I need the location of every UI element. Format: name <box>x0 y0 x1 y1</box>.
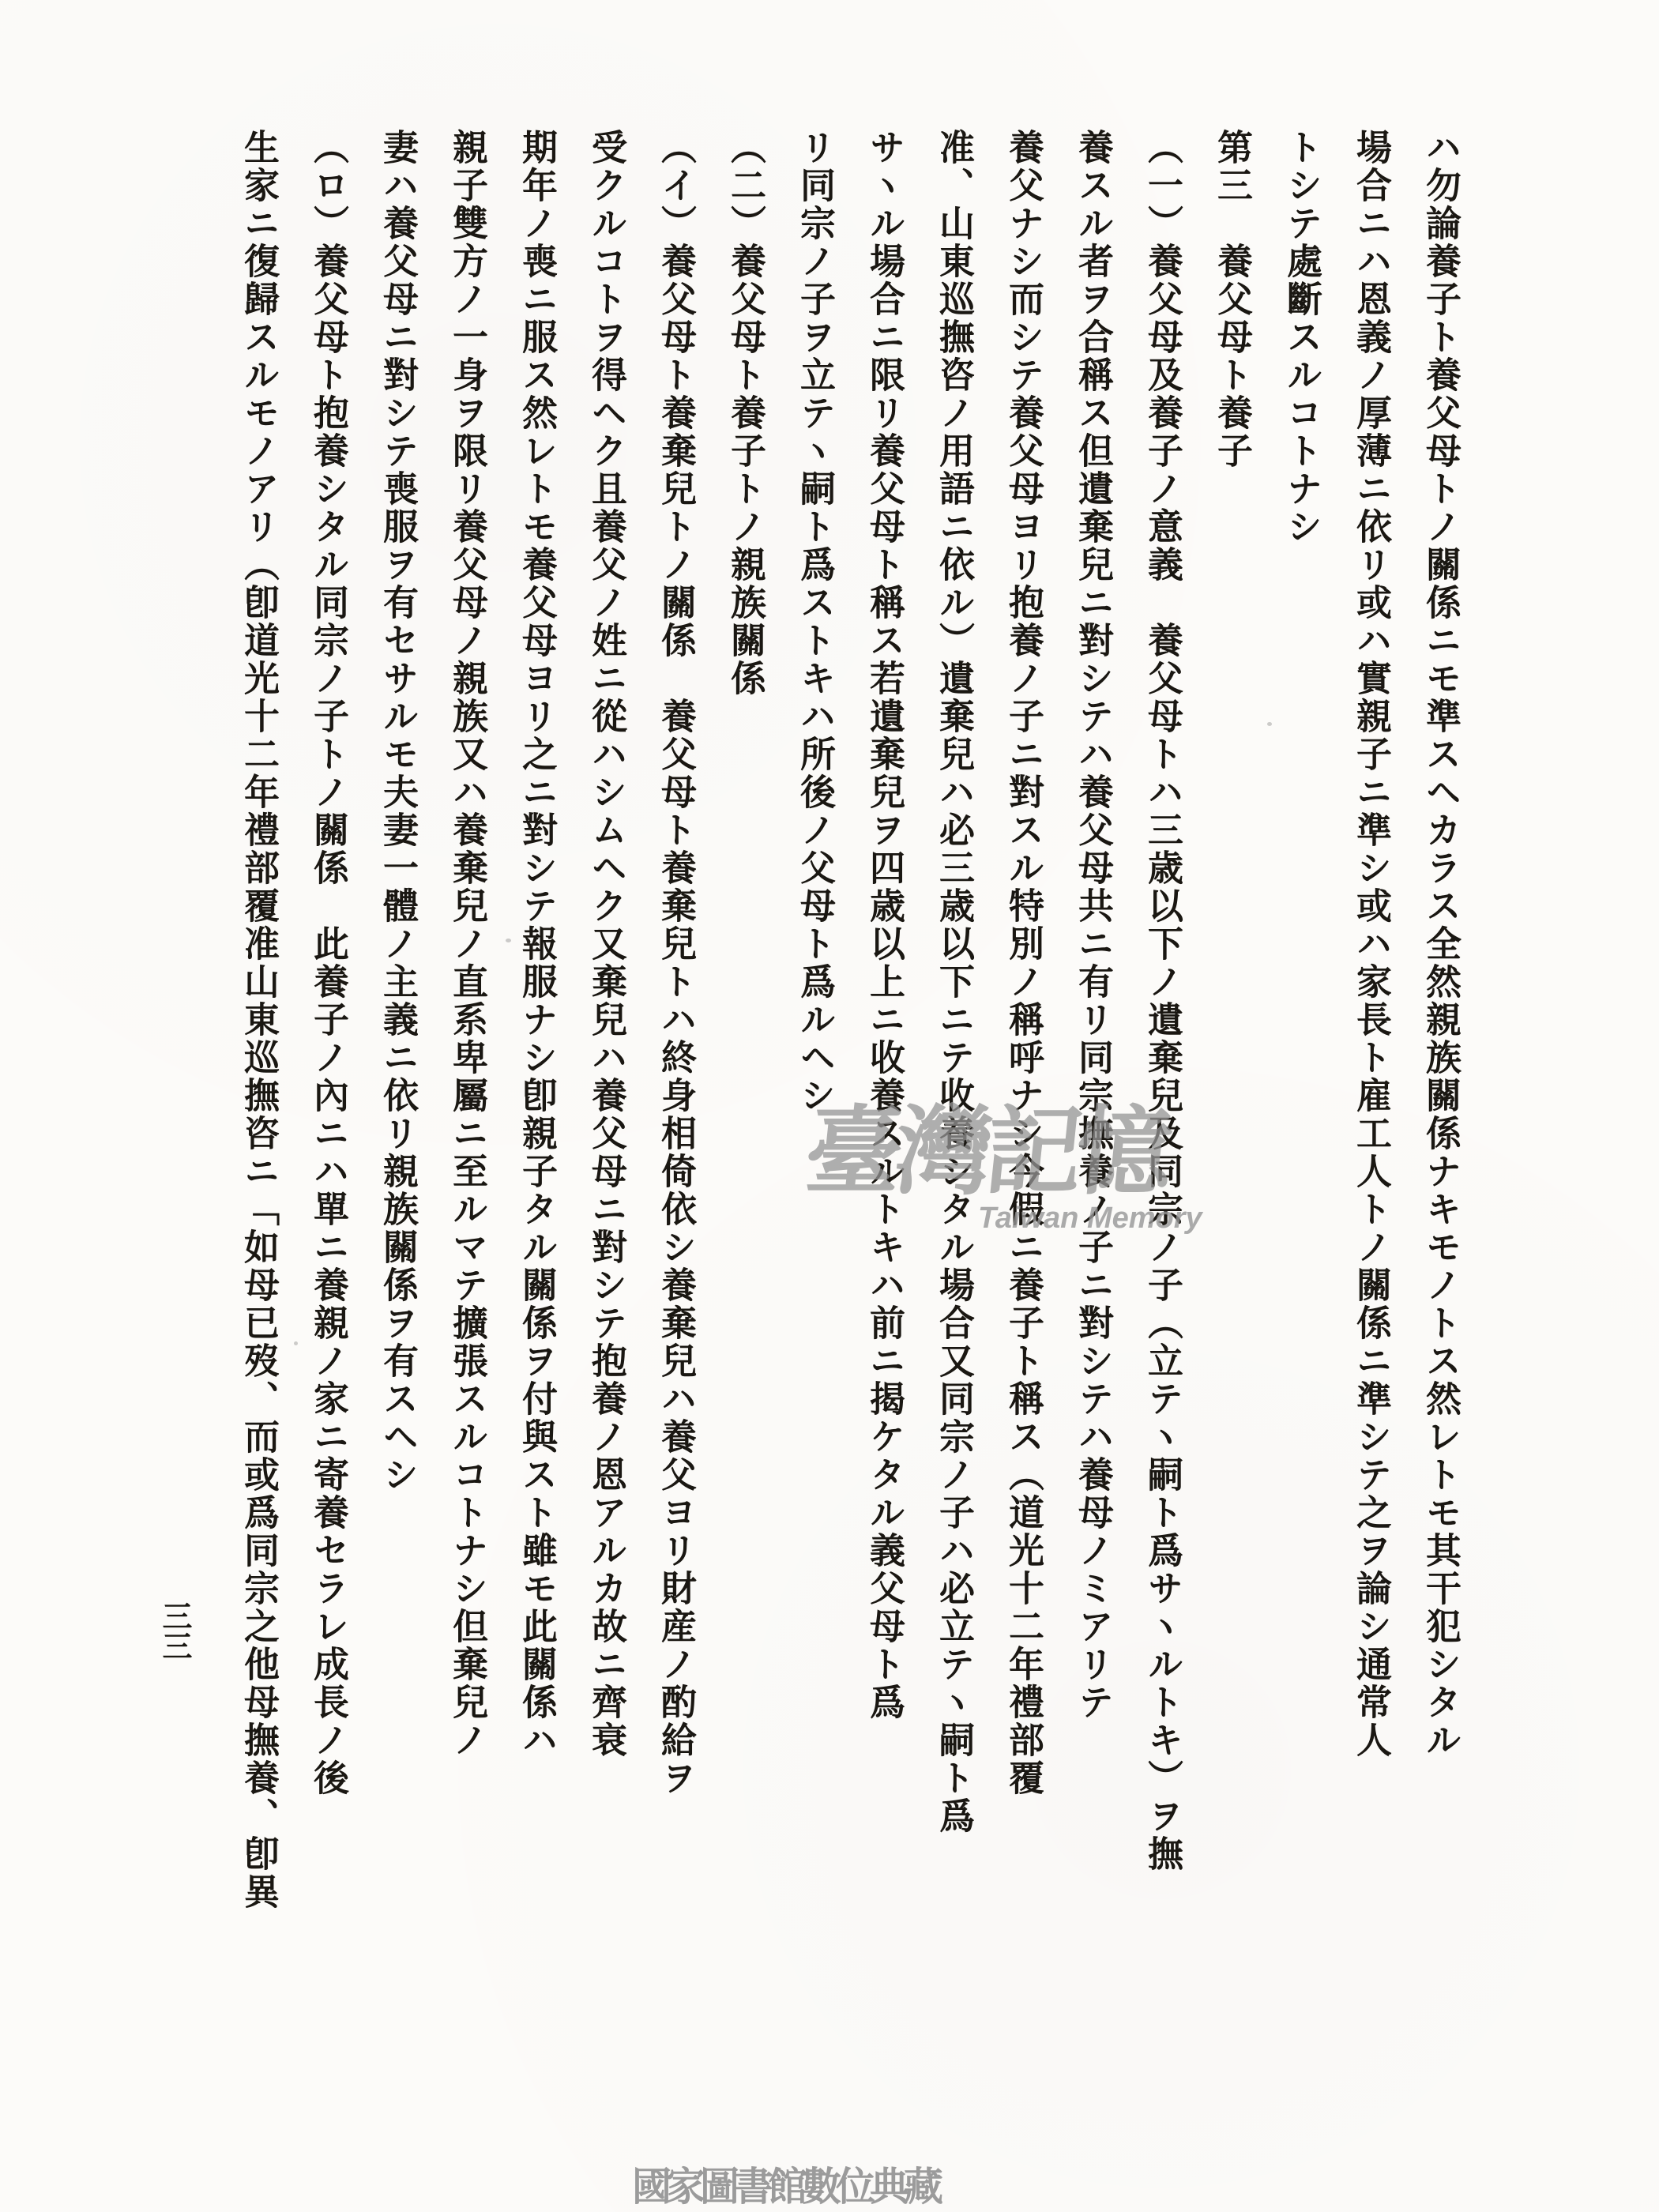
vertical-text-block: ハ勿論養子ト養父母トノ關係ニモ準スヘカラス全然親族關係ナキモノトス然レトモ其干犯… <box>224 129 1475 1906</box>
text-column: 生家ニ復歸スルモノアリ（卽道光十二年禮部覆准山東巡撫咨ニ「如母已歿、而或爲同宗之… <box>224 129 293 1906</box>
text-column: トシテ處斷スルコトナシ <box>1266 129 1336 1906</box>
footer-caption: 國家圖書館數位典藏 <box>632 2155 938 2212</box>
section-heading: 第三 養父母ト養子 <box>1197 129 1266 1906</box>
text-column: 場合ニハ恩義ノ厚薄ニ依リ或ハ實親子ニ準シ或ハ家長ト雇工人トノ關係ニ準シテ之ヲ論シ… <box>1336 129 1405 1906</box>
text-column: （ロ）養父母ト抱養シタル同宗ノ子トノ關係 此養子ノ內ニハ單ニ養親ノ家ニ寄養セラレ… <box>293 129 363 1906</box>
scan-speck <box>294 1341 298 1345</box>
text-column: 受クルコトヲ得ヘク且養父ノ姓ニ從ハシムヘク又棄兒ハ養父母ニ對シテ抱養ノ恩アルカ故… <box>571 129 641 1906</box>
text-column: 妻ハ養父母ニ對シテ喪服ヲ有セサルモ夫妻一體ノ主義ニ依リ親族關係ヲ有スヘシ <box>363 129 432 1906</box>
scan-speck <box>506 939 511 942</box>
text-column: ハ勿論養子ト養父母トノ關係ニモ準スヘカラス全然親族關係ナキモノトス然レトモ其干犯… <box>1405 129 1475 1906</box>
text-column: 准、山東巡撫咨ノ用語ニ依ル）遺棄兒ハ必三歳以下ニテ收養シタル場合又同宗ノ子ハ必立… <box>919 129 988 1906</box>
text-column: （一）養父母及養子ノ意義 養父母トハ三歳以下ノ遺棄兒及同宗ノ子（立テヽ嗣ト爲サヽ… <box>1127 129 1197 1906</box>
text-column: 養スル者ヲ合稱ス但遺棄兒ニ對シテハ養父母共ニ有リ同宗撫養ノ子ニ對シテハ養母ノミア… <box>1058 129 1127 1906</box>
text-column: 養父ナシ而シテ養父母ヨリ抱養ノ子ニ對スル特別ノ稱呼ナシ今假ニ養子ト稱ス（道光十二… <box>988 129 1058 1906</box>
scanned-page: ハ勿論養子ト養父母トノ關係ニモ準スヘカラス全然親族關係ナキモノトス然レトモ其干犯… <box>0 0 1659 2212</box>
text-column: 期年ノ喪ニ服ス然レトモ養父母ヨリ之ニ對シテ報服ナシ卽親子タル關係ヲ付與スト雖モ此… <box>502 129 571 1906</box>
scan-speck <box>1267 722 1272 726</box>
text-column: （イ）養父母ト養棄兒トノ關係 養父母ト養棄兒トハ終身相倚依シ養棄兒ハ養父ヨリ財産… <box>641 129 710 1906</box>
text-column: 親子雙方ノ一身ヲ限リ養父母ノ親族又ハ養棄兒ノ直系卑屬ニ至ルマテ擴張スルコトナシ但… <box>432 129 502 1906</box>
subsection-heading: （二）養父母ト養子トノ親族關係 <box>710 129 780 1906</box>
text-column: リ同宗ノ子ヲ立テヽ嗣ト爲ストキハ所後ノ父母ト爲ルヘシ <box>780 129 849 1906</box>
page-number: 三三 <box>155 1601 193 1661</box>
text-column: サヽル場合ニ限リ養父母ト稱ス若遺棄兒ヲ四歳以上ニ收養スルトキハ前ニ揭ケタル義父母… <box>849 129 919 1906</box>
